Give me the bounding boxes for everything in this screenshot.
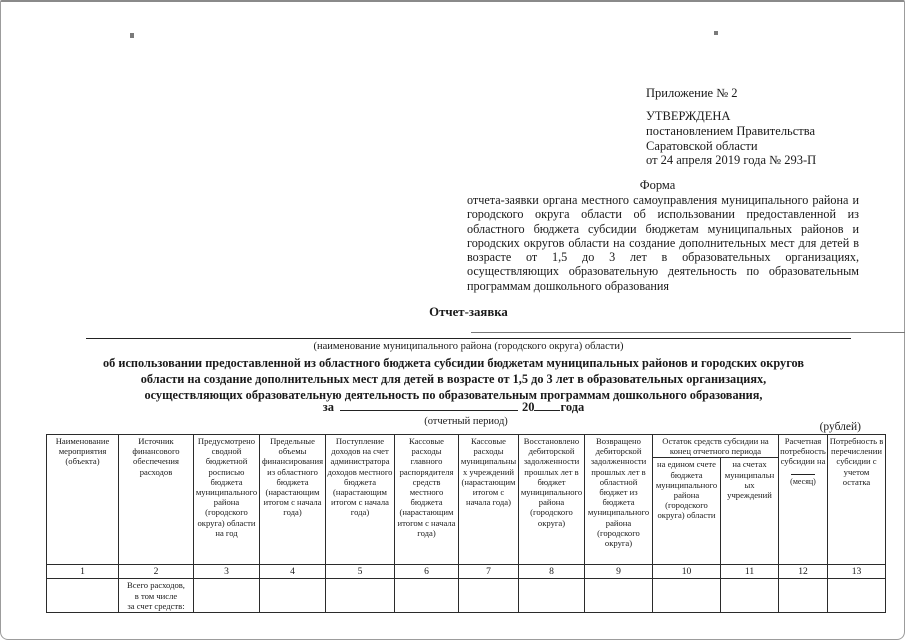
data-cell-4 bbox=[260, 579, 326, 613]
municipality-name-blank bbox=[86, 338, 851, 339]
col-header-13: Потребность в перечислении субсидии с уч… bbox=[828, 435, 886, 565]
data-cell-5 bbox=[326, 579, 395, 613]
approved-line: постановлением Правительства bbox=[646, 124, 816, 139]
col-header-3: Предусмотрено сводной бюджетной росписью… bbox=[194, 435, 260, 565]
col-header-8: Восстановлено дебиторской задолженности … bbox=[519, 435, 585, 565]
month-blank bbox=[791, 467, 815, 475]
col-header-2: Источник финансового обеспечения расходо… bbox=[119, 435, 194, 565]
column-number: 9 bbox=[585, 565, 653, 579]
subtitle-line: области на создание дополнительных мест … bbox=[16, 371, 891, 387]
scan-speck bbox=[714, 31, 718, 35]
column-number-row: 1 2 3 4 5 6 7 8 9 10 11 12 13 bbox=[47, 565, 886, 579]
table-row-total: Всего расходов, в том числе за счет сред… bbox=[47, 579, 886, 613]
data-cell-9 bbox=[585, 579, 653, 613]
period-year-start: 20 bbox=[522, 400, 535, 414]
subtitle-line: об использовании предоставленной из обла… bbox=[16, 355, 891, 371]
scan-line-artifact bbox=[471, 332, 905, 333]
period-prefix: за bbox=[323, 400, 334, 414]
scan-speck bbox=[130, 33, 134, 38]
col-header-12-caption: (месяц) bbox=[780, 477, 826, 487]
col-header-5: Поступление доходов на счет администрато… bbox=[326, 435, 395, 565]
column-number: 6 bbox=[395, 565, 459, 579]
data-cell-12 bbox=[779, 579, 828, 613]
column-number: 8 bbox=[519, 565, 585, 579]
column-number: 4 bbox=[260, 565, 326, 579]
approved-line: от 24 апреля 2019 года № 293-П bbox=[646, 153, 816, 168]
col-header-11: на счетах муниципальных учреждений bbox=[721, 458, 779, 565]
total-row-label: Всего расходов, в том числе за счет сред… bbox=[119, 579, 194, 613]
data-cell-10 bbox=[653, 579, 721, 613]
col-header-7: Кассовые расходы муниципальных учреждени… bbox=[459, 435, 519, 565]
column-number: 5 bbox=[326, 565, 395, 579]
column-number: 7 bbox=[459, 565, 519, 579]
data-cell-8 bbox=[519, 579, 585, 613]
column-number: 3 bbox=[194, 565, 260, 579]
data-cell-11 bbox=[721, 579, 779, 613]
approved-line: Саратовской области bbox=[646, 139, 816, 154]
col-header-4: Предельные объемы финансирования из обла… bbox=[260, 435, 326, 565]
column-number: 12 bbox=[779, 565, 828, 579]
period-blank bbox=[340, 400, 518, 411]
document-page: Приложение № 2 УТВЕРЖДЕНА постановлением… bbox=[0, 0, 905, 640]
period-year-end: года bbox=[560, 400, 584, 414]
col-header-12: Расчетная потребность субсидии на (месяц… bbox=[779, 435, 828, 565]
form-description: отчета-заявки органа местного самоуправл… bbox=[467, 193, 859, 293]
column-number: 11 bbox=[721, 565, 779, 579]
col-header-9: Возвращено дебиторской задолженности про… bbox=[585, 435, 653, 565]
period-caption: (отчетный период) bbox=[371, 416, 561, 427]
report-table: Наименование мероприятия (объекта) Источ… bbox=[46, 434, 886, 613]
currency-note: (рублей) bbox=[721, 421, 861, 433]
municipality-name-caption: (наименование муниципального района (гор… bbox=[31, 341, 905, 352]
appendix-label: Приложение № 2 bbox=[646, 86, 738, 101]
year-blank bbox=[534, 400, 560, 411]
data-cell-7 bbox=[459, 579, 519, 613]
data-cell-1 bbox=[47, 579, 119, 613]
column-number: 1 bbox=[47, 565, 119, 579]
group-header-balance: Остаток средств субсидии на конец отчетн… bbox=[653, 435, 779, 458]
column-number: 13 bbox=[828, 565, 886, 579]
data-cell-13 bbox=[828, 579, 886, 613]
period-line: за20года bbox=[1, 400, 905, 415]
report-subtitle: об использовании предоставленной из обла… bbox=[16, 355, 891, 403]
approved-line: УТВЕРЖДЕНА bbox=[646, 109, 816, 124]
column-number: 2 bbox=[119, 565, 194, 579]
column-number: 10 bbox=[653, 565, 721, 579]
col-header-1: Наименование мероприятия (объекта) bbox=[47, 435, 119, 565]
data-cell-6 bbox=[395, 579, 459, 613]
col-header-6: Кассовые расходы главного распорядителя … bbox=[395, 435, 459, 565]
approved-block: УТВЕРЖДЕНА постановлением Правительства … bbox=[646, 109, 816, 168]
report-title: Отчет-заявка bbox=[31, 305, 905, 320]
col-header-12-text: Расчетная потребность субсидии на bbox=[780, 436, 826, 466]
form-label: Форма bbox=[456, 178, 859, 193]
col-header-10: на едином счете бюджета муниципального р… bbox=[653, 458, 721, 565]
data-cell-3 bbox=[194, 579, 260, 613]
